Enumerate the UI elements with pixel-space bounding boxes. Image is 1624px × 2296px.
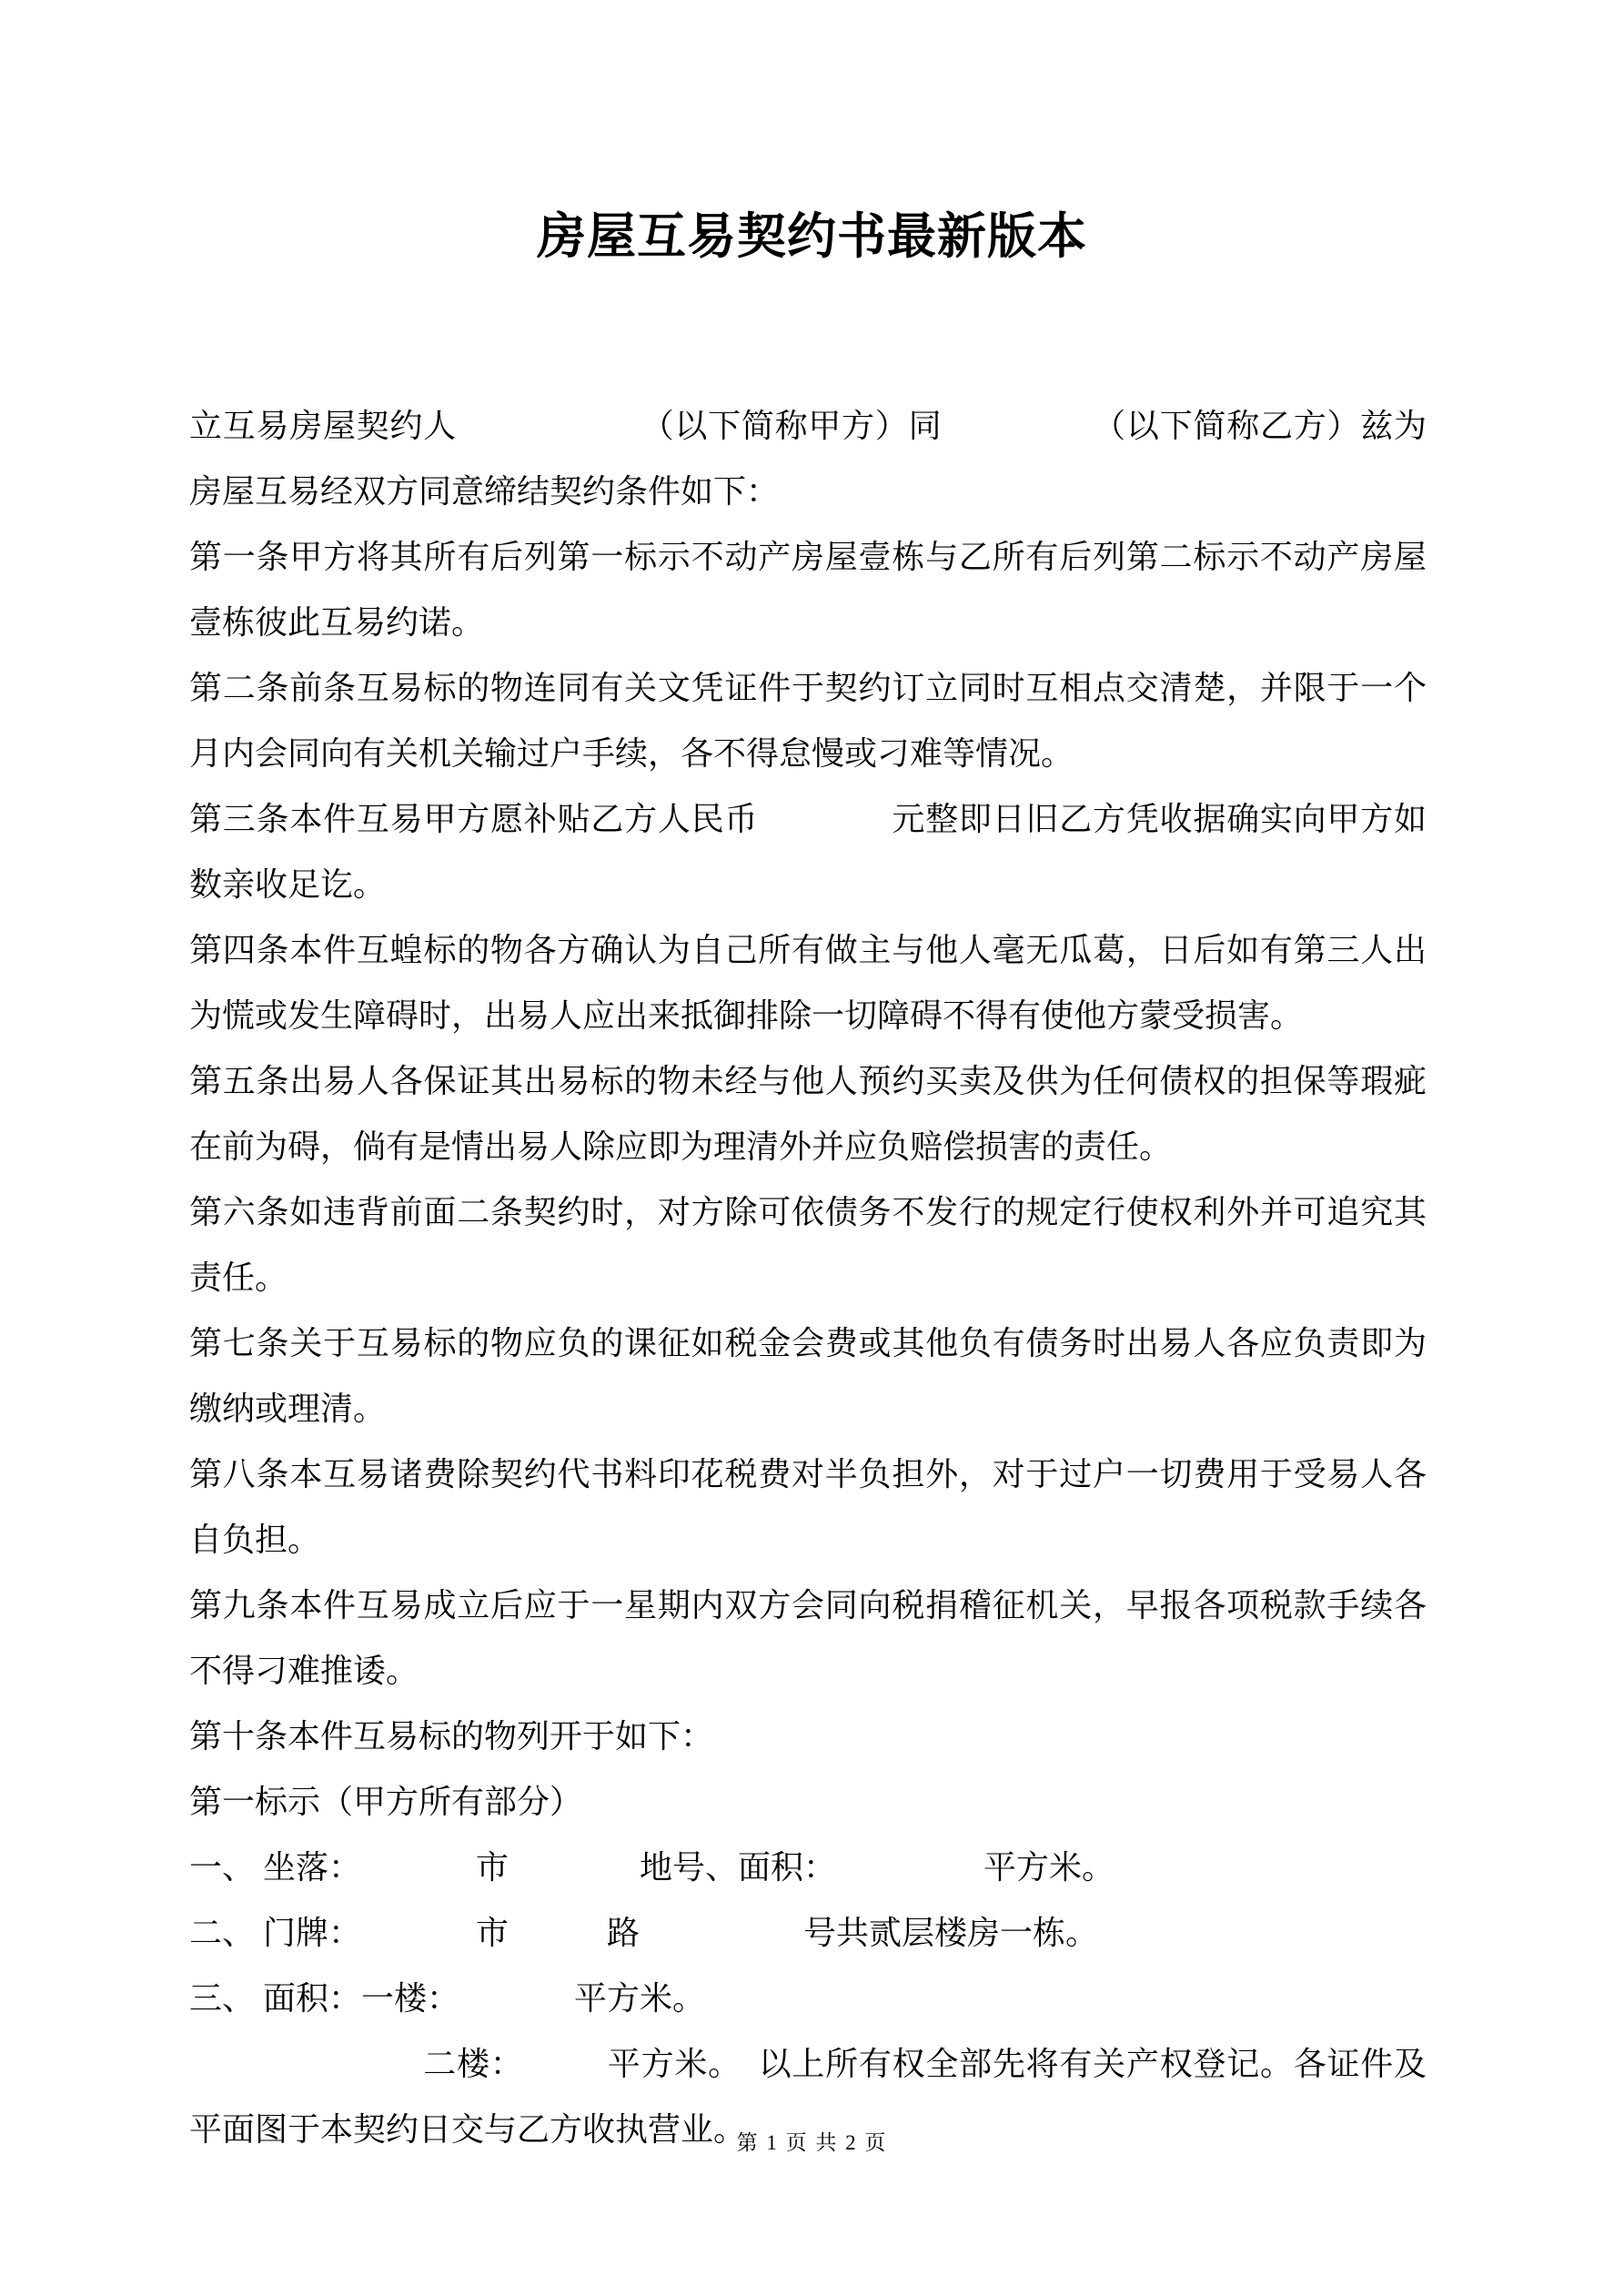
paragraph-clause-6: 第六条如违背前面二条契约时，对方除可依债务不发行的规定行使权利外并可追究其责任。 (189, 1179, 1427, 1310)
document-title: 房屋互易契约书最新版本 (0, 0, 1624, 266)
paragraph-clause-7: 第七条关于互易标的物应负的课征如税金会费或其他负有债务时出易人各应负责即为缴纳或… (189, 1310, 1427, 1441)
paragraph-clause-8: 第八条本互易诸费除契约代书料印花税费对半负担外，对于过户一切费用于受易人各自负担… (189, 1441, 1427, 1573)
paragraph-clause-1: 第一条甲方将其所有后列第一标示不动产房屋壹栋与乙所有后列第二标示不动产房屋壹栋彼… (189, 524, 1427, 655)
paragraph-clause-9: 第九条本件互易成立后应于一星期内双方会同向税捐稽征机关，早报各项税款手续各不得刁… (189, 1573, 1427, 1704)
paragraph-item-2-address: 二、 门牌： 市 路 号共贰层楼房一栋。 (189, 1900, 1427, 1966)
paragraph-first-marking: 第一标示（甲方所有部分） (189, 1769, 1427, 1835)
paragraph-clause-4: 第四条本件互蝗标的物各方确认为自己所有做主与他人毫无瓜葛，日后如有第三人出为慌或… (189, 917, 1427, 1048)
paragraph-clause-5: 第五条出易人各保证其出易标的物未经与他人预约买卖及供为任何债权的担保等瑕疵在前为… (189, 1048, 1427, 1179)
paragraph-clause-10: 第十条本件互易标的物列开于如下： (189, 1704, 1427, 1769)
page-footer: 第 1 页 共 2 页 (0, 2128, 1624, 2159)
paragraph-preamble: 立互易房屋契约人 （以下简称甲方）同 （以下简称乙方）兹为房屋互易经双方同意缔结… (189, 393, 1427, 524)
paragraph-clause-3: 第三条本件互易甲方愿补贴乙方人民币 元整即日旧乙方凭收据确实向甲方如数亲收足讫。 (189, 786, 1427, 917)
paragraph-clause-2: 第二条前条互易标的物连同有关文凭证件于契约订立同时互相点交清楚，并限于一个月内会… (189, 655, 1427, 786)
contract-document-page: 房屋互易契约书最新版本 立互易房屋契约人 （以下简称甲方）同 （以下简称乙方）兹… (0, 0, 1624, 2296)
paragraph-item-3-area: 三、 面积：一楼： 平方米。 (189, 1966, 1427, 2031)
page-number-label: 第 1 页 共 2 页 (737, 2131, 888, 2154)
paragraph-item-1-location: 一、 坐落： 市 地号、面积： 平方米。 (189, 1835, 1427, 1900)
document-body: 立互易房屋契约人 （以下简称甲方）同 （以下简称乙方）兹为房屋互易经双方同意缔结… (0, 393, 1624, 2162)
